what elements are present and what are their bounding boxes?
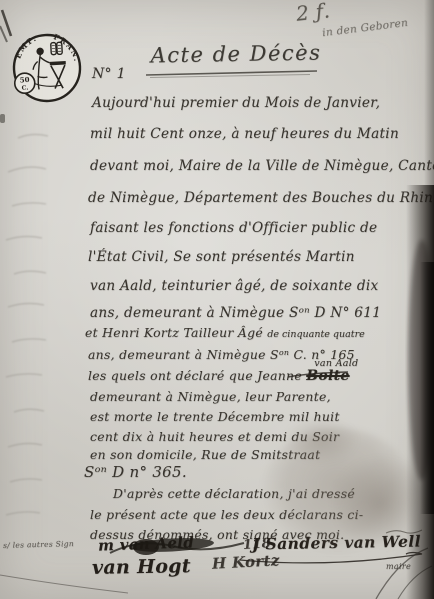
body-line: et Henri Kortz Tailleur Âgé de cinquante…	[85, 325, 365, 340]
revenue-stamp: EMP. FRAN. 50 C.	[8, 29, 86, 107]
title-underline	[146, 71, 317, 78]
struck-name: Bolte	[306, 368, 349, 384]
body-line: ans, demeurant à Nimègue Sᵒⁿ D N° 611	[90, 305, 381, 321]
body-line: est morte le trente Décembre mil huit	[90, 409, 340, 424]
body-line: Aujourd'hui premier du Mois de Janvier,	[92, 95, 380, 111]
body-line: en son domicile, Rue de Smitstraat	[90, 447, 320, 462]
correction-prefix: les quels ont déclaré que Jeanne	[88, 368, 302, 383]
act-number: N° 1	[92, 66, 126, 82]
correction-group: van Aald Bolte	[306, 368, 349, 384]
fee-annotation: 2 ƒ.	[295, 0, 331, 26]
witness-signature-2: H Kortz	[212, 551, 280, 573]
body-line: devant moi, Maire de la Ville de Nimègue…	[90, 158, 434, 174]
body-line: Sᵒⁿ D n° 365.	[84, 463, 187, 481]
stamp-value-top: 50	[19, 75, 29, 85]
body-line: demeurant à Nimègue, leur Parente,	[90, 389, 331, 404]
correction-line: les quels ont déclaré que Jeanne van Aal…	[88, 368, 350, 384]
inserted-name: van Aald	[314, 358, 358, 369]
mayor-title: maire	[386, 562, 411, 571]
body-line: l'État Civil, Se sont présentés Martin	[88, 249, 355, 265]
margin-note: s/ les autres Sign	[3, 539, 74, 550]
mayor-signature: J Sanders van Well	[252, 532, 421, 554]
header-annotation-note: in den Geboren	[322, 17, 409, 39]
witness-signature-1: van Hogt	[92, 555, 191, 579]
page-edge-shadow-core	[420, 262, 434, 514]
body-line: de Nimègue, Département des Bouches du R…	[88, 190, 433, 206]
document-page: EMP. FRAN. 50 C. 2 ƒ. in den Geboren Act…	[0, 0, 434, 599]
body-line: mil huit Cent onze, à neuf heures du Mat…	[90, 126, 399, 142]
body-line: cent dix à huit heures et demi du Soir	[90, 429, 339, 444]
stamp-value-bottom: C.	[21, 85, 28, 92]
body-line: faisant les fonctions d'Officier public …	[90, 220, 377, 236]
body-line: le présent acte que les deux déclarans c…	[90, 507, 363, 522]
body-line-small-suffix: de cinquante quatre	[267, 329, 365, 340]
binding-shadow	[408, 240, 434, 480]
body-line-main: et Henri Kortz Tailleur Âgé	[85, 325, 263, 340]
body-line: D'après cette déclaration, j'ai dressé	[113, 486, 355, 501]
body-line: van Aald, teinturier âgé, de soixante di…	[90, 278, 378, 294]
document-title: Acte de Décès	[138, 40, 334, 67]
struck-signature: m van Aeld	[98, 533, 195, 554]
bleed-through-marks	[6, 134, 48, 515]
